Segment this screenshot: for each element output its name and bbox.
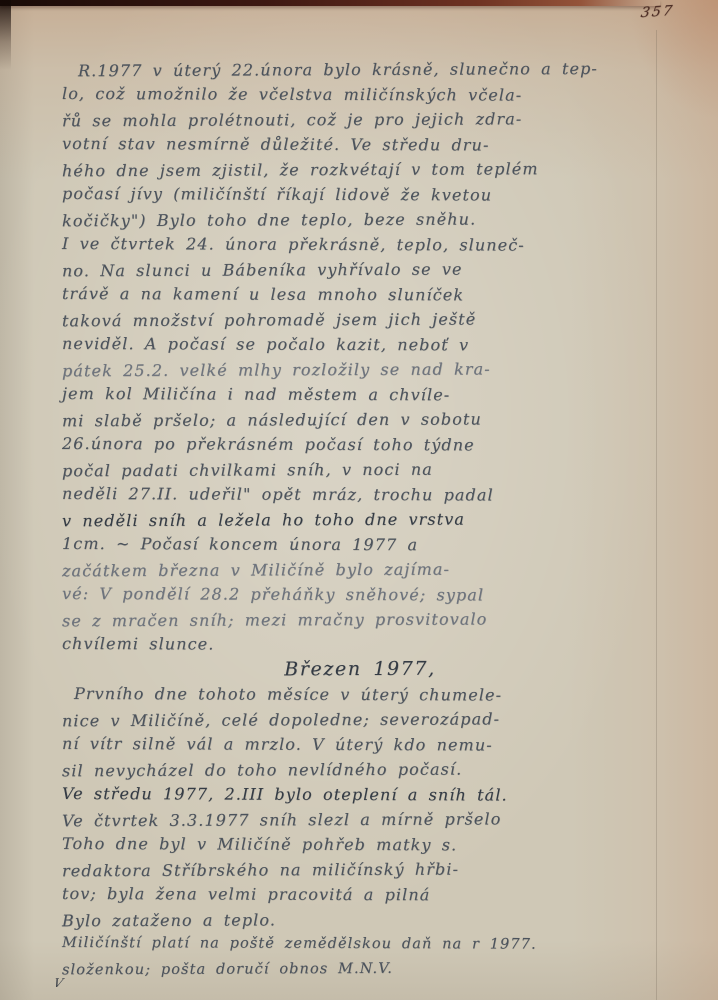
text-line: složenkou; pošta doručí obnos M.N.V. <box>62 956 658 984</box>
page-number: 357 <box>640 3 675 21</box>
text-line: trávě a na kamení u lesa mnoho sluníček <box>62 281 658 308</box>
text-line: Prvního dne tohoto měsíce v úterý chumel… <box>62 681 658 708</box>
text-line: tov; byla žena velmi pracovitá a pilná <box>62 881 658 908</box>
text-line: taková množství pohromadě jsem jich ješt… <box>62 306 658 334</box>
page-corner-shadow <box>0 0 11 70</box>
text-line: lo, což umožnilo že včelstva miličínskýc… <box>62 81 658 108</box>
text-line: R.1977 v úterý 22.února bylo krásně, slu… <box>62 56 658 84</box>
text-line: začátkem března v Miličíně bylo zajíma- <box>62 556 658 584</box>
text-line: pátek 25.2. velké mlhy rozložily se nad … <box>62 356 658 384</box>
text-line: nice v Miličíně, celé dopoledne; severoz… <box>62 706 658 734</box>
text-line: vé: V pondělí 28.2 přeháňky sněhové; syp… <box>62 581 658 608</box>
text-line: redaktora Stříbrského na miličínský hřbi… <box>62 856 658 884</box>
text-line: Toho dne byl v Miličíně pohřeb matky s. <box>62 831 658 858</box>
text-line: sil nevycházel do toho nevlídného počasí… <box>62 756 658 784</box>
text-line: Ve středu 1977, 2.III bylo oteplení a sn… <box>62 781 658 808</box>
text-line: hého dne jsem zjistil, že rozkvétají v t… <box>62 156 658 184</box>
section-heading: Březen 1977, <box>62 656 658 684</box>
text-line: no. Na slunci u Bábeníka vyhřívalo se ve <box>62 256 658 284</box>
text-line: se z mračen sníh; mezi mračny prosvitova… <box>62 606 658 634</box>
text-line: Miličínští platí na poště zemědělskou da… <box>62 931 658 958</box>
chronicle-page: 357 R.1977 v úterý 22.února bylo krásně,… <box>0 0 718 1000</box>
text-line: kočičky") Bylo toho dne teplo, beze sněh… <box>62 206 658 234</box>
text-line: mi slabě pršelo; a následující den v sob… <box>62 406 658 434</box>
text-line: 1cm. ~ Počasí koncem února 1977 a <box>62 531 658 558</box>
text-line: I ve čtvrtek 24. února překrásně, teplo,… <box>62 231 658 258</box>
text-line: neviděl. A počasí se počalo kazit, neboť… <box>62 331 658 358</box>
text-line: Bylo zataženo a teplo. <box>62 906 658 934</box>
handwritten-text: R.1977 v úterý 22.února bylo krásně, slu… <box>62 57 658 982</box>
text-line: v neděli sníh a ležela ho toho dne vrstv… <box>62 506 658 534</box>
text-line: Ve čtvrtek 3.3.1977 sníh slezl a mírně p… <box>62 806 658 834</box>
text-line: chvílemi slunce. <box>62 631 658 658</box>
text-line: jem kol Miličína i nad městem a chvíle- <box>62 381 658 408</box>
text-line: votní stav nesmírně důležité. Ve středu … <box>62 131 658 158</box>
text-line: řů se mohla prolétnouti, což je pro jeji… <box>62 106 658 134</box>
text-line: neděli 27.II. udeřil" opět mráz, trochu … <box>62 481 658 508</box>
check-mark: V <box>52 976 64 990</box>
page-top-edge <box>0 0 660 6</box>
text-line: 26.února po překrásném počasí toho týdne <box>62 431 658 458</box>
text-line: počasí jívy (miličínští říkají lidově že… <box>62 181 658 208</box>
text-line: počal padati chvilkami sníh, v noci na <box>62 456 658 484</box>
text-line: ní vítr silně vál a mrzlo. V úterý kdo n… <box>62 731 658 758</box>
